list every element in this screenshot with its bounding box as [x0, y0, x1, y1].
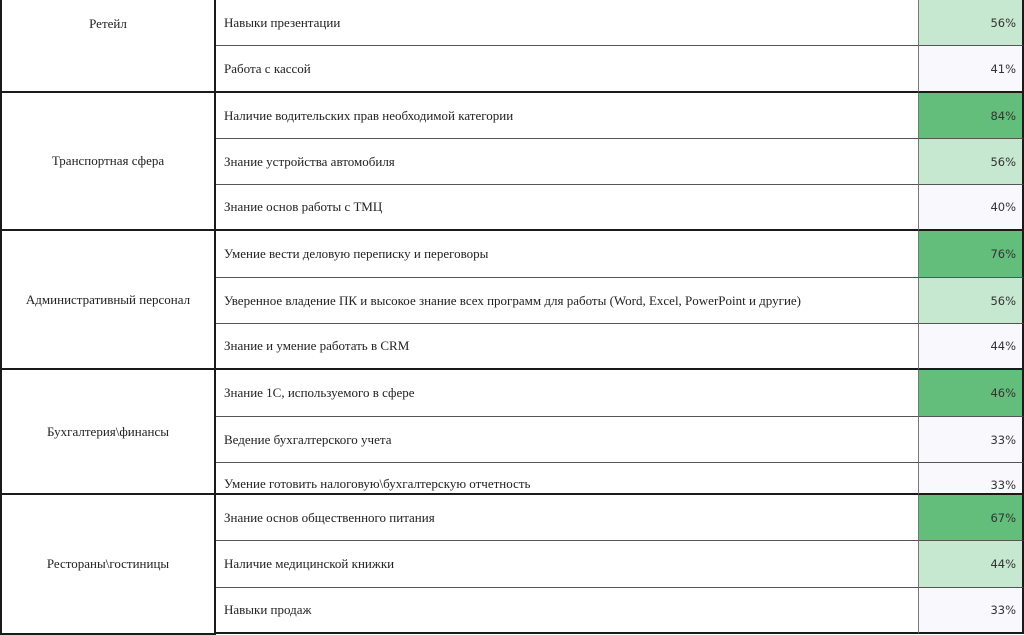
percent-cell: 44% — [918, 324, 1024, 370]
group-label: Административный персонал — [26, 292, 190, 308]
skill-cell: Знание 1С, используемого в сфере — [216, 370, 918, 417]
skill-cell: Навыки презентации — [216, 0, 918, 46]
skill-cell: Знание устройства автомобиля — [216, 139, 918, 185]
percent-cell: 44% — [918, 541, 1024, 588]
group-cell: Ретейл — [0, 0, 216, 93]
percent-value: 56% — [990, 16, 1016, 30]
percent-value: 46% — [990, 386, 1016, 400]
skill-cell: Знание основ работы с ТМЦ — [216, 185, 918, 231]
group-cell: Рестораны\гостиницы — [0, 495, 216, 635]
percent-value: 56% — [990, 155, 1016, 169]
percent-cell: 40% — [918, 185, 1024, 231]
percent-value: 33% — [990, 603, 1016, 617]
skill-cell: Работа с кассой — [216, 46, 918, 93]
skill-text: Работа с кассой — [224, 61, 311, 77]
skill-text: Знание 1С, используемого в сфере — [224, 385, 415, 401]
percent-value: 33% — [990, 433, 1016, 447]
group-cell: Административный персонал — [0, 231, 216, 370]
percent-cell: 56% — [918, 139, 1024, 185]
percent-value: 76% — [990, 247, 1016, 261]
percent-value: 67% — [990, 511, 1016, 525]
skill-text: Умение вести деловую переписку и перегов… — [224, 246, 488, 262]
skill-cell: Наличие медицинской книжки — [216, 541, 918, 588]
skill-cell: Знание основ общественного питания — [216, 495, 918, 541]
group-cell: Бухгалтерия\финансы — [0, 370, 216, 495]
percent-cell: 41% — [918, 46, 1024, 93]
skills-table: РетейлНавыки презентации56%Работа с касс… — [0, 0, 1024, 635]
skill-text: Ведение бухгалтерского учета — [224, 432, 391, 448]
percent-cell: 46% — [918, 370, 1024, 417]
percent-cell: 33% — [918, 588, 1024, 634]
skill-text: Знание основ общественного питания — [224, 510, 435, 526]
percent-value: 44% — [990, 557, 1016, 571]
percent-value: 33% — [990, 478, 1016, 492]
skill-text: Умение готовить налоговую\бухгалтерскую … — [224, 476, 530, 492]
group-label: Транспортная сфера — [52, 153, 164, 169]
percent-cell: 33% — [918, 417, 1024, 463]
percent-value: 44% — [990, 339, 1016, 353]
skill-text: Уверенное владение ПК и высокое знание в… — [224, 293, 801, 309]
skill-text: Наличие медицинской книжки — [224, 556, 394, 572]
skill-cell: Навыки продаж — [216, 588, 918, 634]
skill-cell: Уверенное владение ПК и высокое знание в… — [216, 278, 918, 324]
group-label: Бухгалтерия\финансы — [47, 424, 169, 440]
group-label: Рестораны\гостиницы — [47, 556, 169, 572]
group-cell: Транспортная сфера — [0, 93, 216, 231]
skill-text: Навыки продаж — [224, 602, 312, 618]
skill-text: Знание основ работы с ТМЦ — [224, 199, 382, 215]
percent-value: 40% — [990, 200, 1016, 214]
skill-cell: Умение вести деловую переписку и перегов… — [216, 231, 918, 278]
skill-text: Наличие водительских прав необходимой ка… — [224, 108, 513, 124]
percent-value: 41% — [990, 62, 1016, 76]
skill-cell: Ведение бухгалтерского учета — [216, 417, 918, 463]
percent-cell: 76% — [918, 231, 1024, 278]
skill-cell: Умение готовить налоговую\бухгалтерскую … — [216, 463, 918, 495]
skill-text: Знание и умение работать в CRM — [224, 338, 409, 354]
percent-cell: 84% — [918, 93, 1024, 139]
skill-cell: Знание и умение работать в CRM — [216, 324, 918, 370]
percent-value: 56% — [990, 294, 1016, 308]
percent-value: 84% — [990, 109, 1016, 123]
group-label: Ретейл — [89, 16, 127, 32]
percent-cell: 33% — [918, 463, 1024, 495]
skill-text: Знание устройства автомобиля — [224, 154, 395, 170]
percent-cell: 67% — [918, 495, 1024, 541]
percent-cell: 56% — [918, 278, 1024, 324]
skill-text: Навыки презентации — [224, 15, 340, 31]
percent-cell: 56% — [918, 0, 1024, 46]
skill-cell: Наличие водительских прав необходимой ка… — [216, 93, 918, 139]
